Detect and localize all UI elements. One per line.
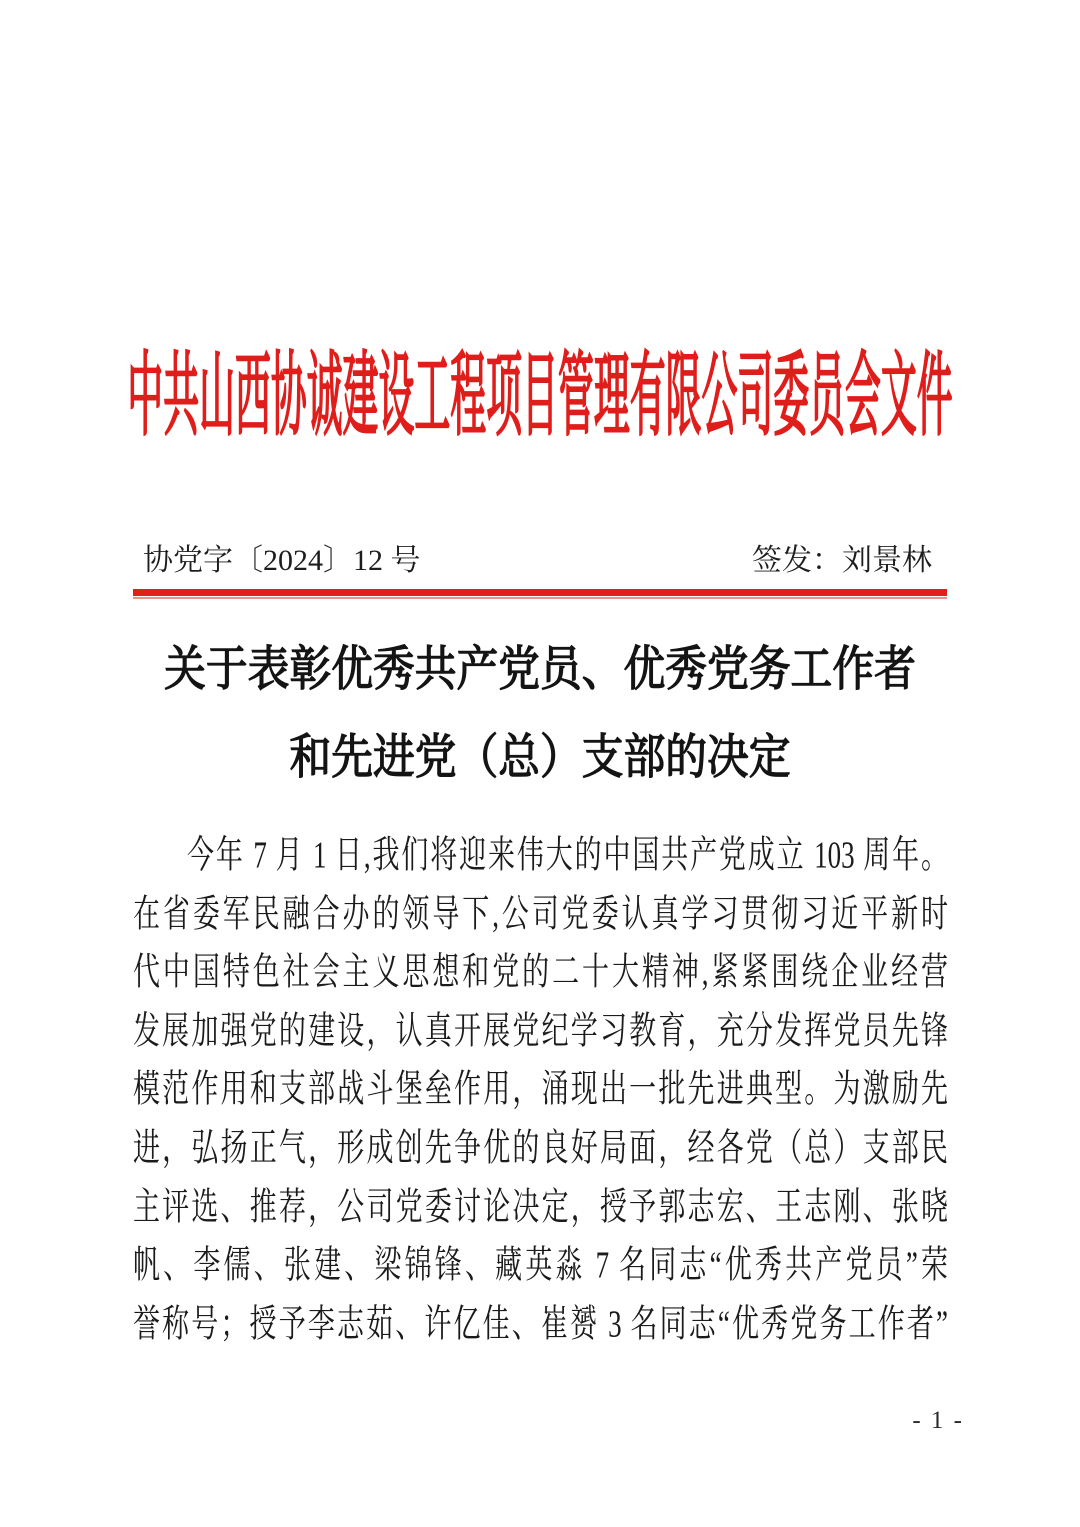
- title-line-1-wrap: 关于表彰优秀共产党员、优秀党务工作者: [0, 631, 1080, 719]
- title-line-2: 和先进党（总）支部的决定: [289, 719, 790, 796]
- letterhead-title: 中共山西协诚建设工程项目管理有限公司委员会文件: [127, 350, 952, 444]
- red-separator-rule: [133, 589, 947, 599]
- title-line-1: 关于表彰优秀共产党员、优秀党务工作者: [164, 631, 916, 708]
- page-number: - 1 -: [912, 1407, 964, 1435]
- body-paragraph: 今年 7 月 1 日,我们将迎来伟大的中国共产党成立 103 周年。 在省委军民…: [133, 826, 948, 1353]
- red-rule-thick-line: [133, 589, 947, 596]
- doc-meta-row: 协党字〔2024〕12 号 签发：刘景林: [143, 535, 932, 579]
- document-page: 中共山西协诚建设工程项目管理有限公司委员会文件 协党字〔2024〕12 号 签发…: [0, 0, 1080, 1527]
- letterhead: 中共山西协诚建设工程项目管理有限公司委员会文件: [0, 350, 1080, 450]
- doc-number: 协党字〔2024〕12 号: [143, 535, 421, 579]
- body-line: 誉称号；授予李志茹、许亿佳、崔赟 3 名同志“优秀党务工作者”: [133, 1282, 948, 1365]
- red-rule-thin-line: [133, 597, 947, 599]
- issuer-signature: 签发：刘景林: [752, 535, 932, 579]
- title-line-2-wrap: 和先进党（总）支部的决定: [0, 719, 1080, 807]
- document-title: 关于表彰优秀共产党员、优秀党务工作者 和先进党（总）支部的决定: [0, 631, 1080, 807]
